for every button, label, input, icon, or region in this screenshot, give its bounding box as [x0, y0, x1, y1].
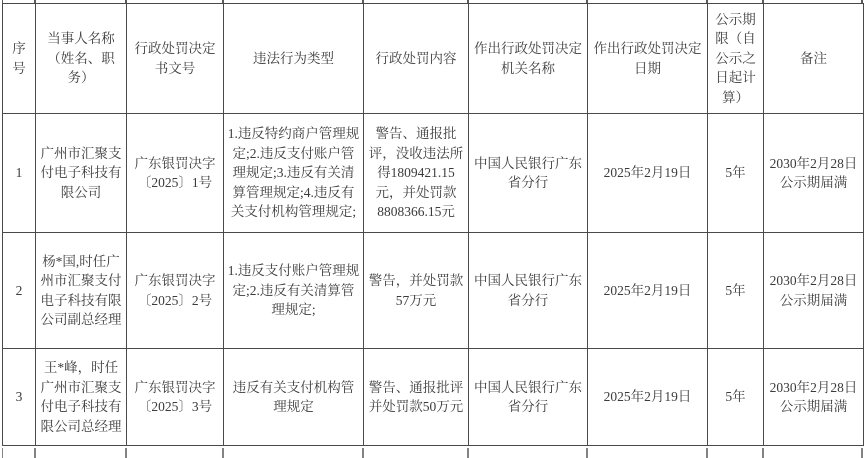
- cell-publicity-period: 5年: [708, 349, 764, 446]
- cell-party-name: 广州市汇聚支付电子科技有限公司: [36, 114, 127, 233]
- header-row: 序号 当事人名称（姓名、职务） 行政处罚决定书文号 违法行为类型 行政处罚内容 …: [3, 4, 864, 114]
- gridline-stub: [2, 448, 4, 458]
- header-authority-name: 作出行政处罚决定机关名称: [469, 4, 588, 114]
- cell-decision-doc-number: 广东银罚决字〔2025〕2号: [127, 233, 224, 349]
- header-penalty-content: 行政处罚内容: [364, 4, 469, 114]
- cell-remarks: 2030年2月28日公示期届满: [764, 114, 864, 233]
- cell-authority-name: 中国人民银行广东省分行: [469, 349, 588, 446]
- table-row: 1 广州市汇聚支付电子科技有限公司 广东银罚决字〔2025〕1号 1.违反特约商…: [3, 114, 864, 233]
- cell-decision-date: 2025年2月19日: [588, 233, 708, 349]
- gridline-stub: [34, 448, 36, 458]
- cell-penalty-content: 警告、通报批评，没收违法所得1809421.15元，并处罚款8808366.15…: [364, 114, 469, 233]
- header-party-name: 当事人名称（姓名、职务）: [36, 4, 127, 114]
- gridline-stub: [762, 448, 764, 458]
- gridline-stub: [861, 448, 863, 458]
- cell-party-name: 王*峰，时任广州市汇聚支付电子科技有限公司总经理: [36, 349, 127, 446]
- cell-serial-number: 2: [3, 233, 36, 349]
- cell-decision-doc-number: 广东银罚决字〔2025〕1号: [127, 114, 224, 233]
- header-violation-type: 违法行为类型: [224, 4, 364, 114]
- administrative-penalty-table: 序号 当事人名称（姓名、职务） 行政处罚决定书文号 违法行为类型 行政处罚内容 …: [2, 3, 864, 446]
- header-decision-doc-number: 行政处罚决定书文号: [127, 4, 224, 114]
- cell-decision-date: 2025年2月19日: [588, 349, 708, 446]
- gridline-stub: [222, 448, 224, 458]
- cell-decision-doc-number: 广东银罚决字〔2025〕3号: [127, 349, 224, 446]
- header-decision-date: 作出行政处罚决定日期: [588, 4, 708, 114]
- cell-party-name: 杨*国,时任广州市汇聚支付电子科技有限公司副总经理: [36, 233, 127, 349]
- cell-serial-number: 3: [3, 349, 36, 446]
- gridline-stub: [586, 448, 588, 458]
- cell-violation-type: 违反有关支付机构管理规定: [224, 349, 364, 446]
- cell-publicity-period: 5年: [708, 114, 764, 233]
- cell-penalty-content: 警告，并处罚款57万元: [364, 233, 469, 349]
- cell-authority-name: 中国人民银行广东省分行: [469, 114, 588, 233]
- cell-violation-type: 1.违反特约商户管理规定;2.违反支付账户管理规定;3.违反有关清算管理规定;4…: [224, 114, 364, 233]
- cell-remarks: 2030年2月28日公示期届满: [764, 349, 864, 446]
- cell-decision-date: 2025年2月19日: [588, 114, 708, 233]
- gridline-stub: [362, 448, 364, 458]
- cell-authority-name: 中国人民银行广东省分行: [469, 233, 588, 349]
- cell-violation-type: 1.违反支付账户管理规定;2.违反有关清算管理规定;: [224, 233, 364, 349]
- header-remarks: 备注: [764, 4, 864, 114]
- header-publicity-period: 公示期限（自公示之日起计算）: [708, 4, 764, 114]
- gridline-stub: [125, 448, 127, 458]
- table-row: 3 王*峰，时任广州市汇聚支付电子科技有限公司总经理 广东银罚决字〔2025〕3…: [3, 349, 864, 446]
- cell-publicity-period: 5年: [708, 233, 764, 349]
- penalty-disclosure-page: 序号 当事人名称（姓名、职务） 行政处罚决定书文号 违法行为类型 行政处罚内容 …: [0, 0, 865, 458]
- cell-remarks: 2030年2月28日公示期届满: [764, 233, 864, 349]
- table-row: 2 杨*国,时任广州市汇聚支付电子科技有限公司副总经理 广东银罚决字〔2025〕…: [3, 233, 864, 349]
- cell-penalty-content: 警告、通报批评并处罚款50万元: [364, 349, 469, 446]
- cell-serial-number: 1: [3, 114, 36, 233]
- gridline-stub: [467, 448, 469, 458]
- header-serial-number: 序号: [3, 4, 36, 114]
- gridline-stub: [706, 448, 708, 458]
